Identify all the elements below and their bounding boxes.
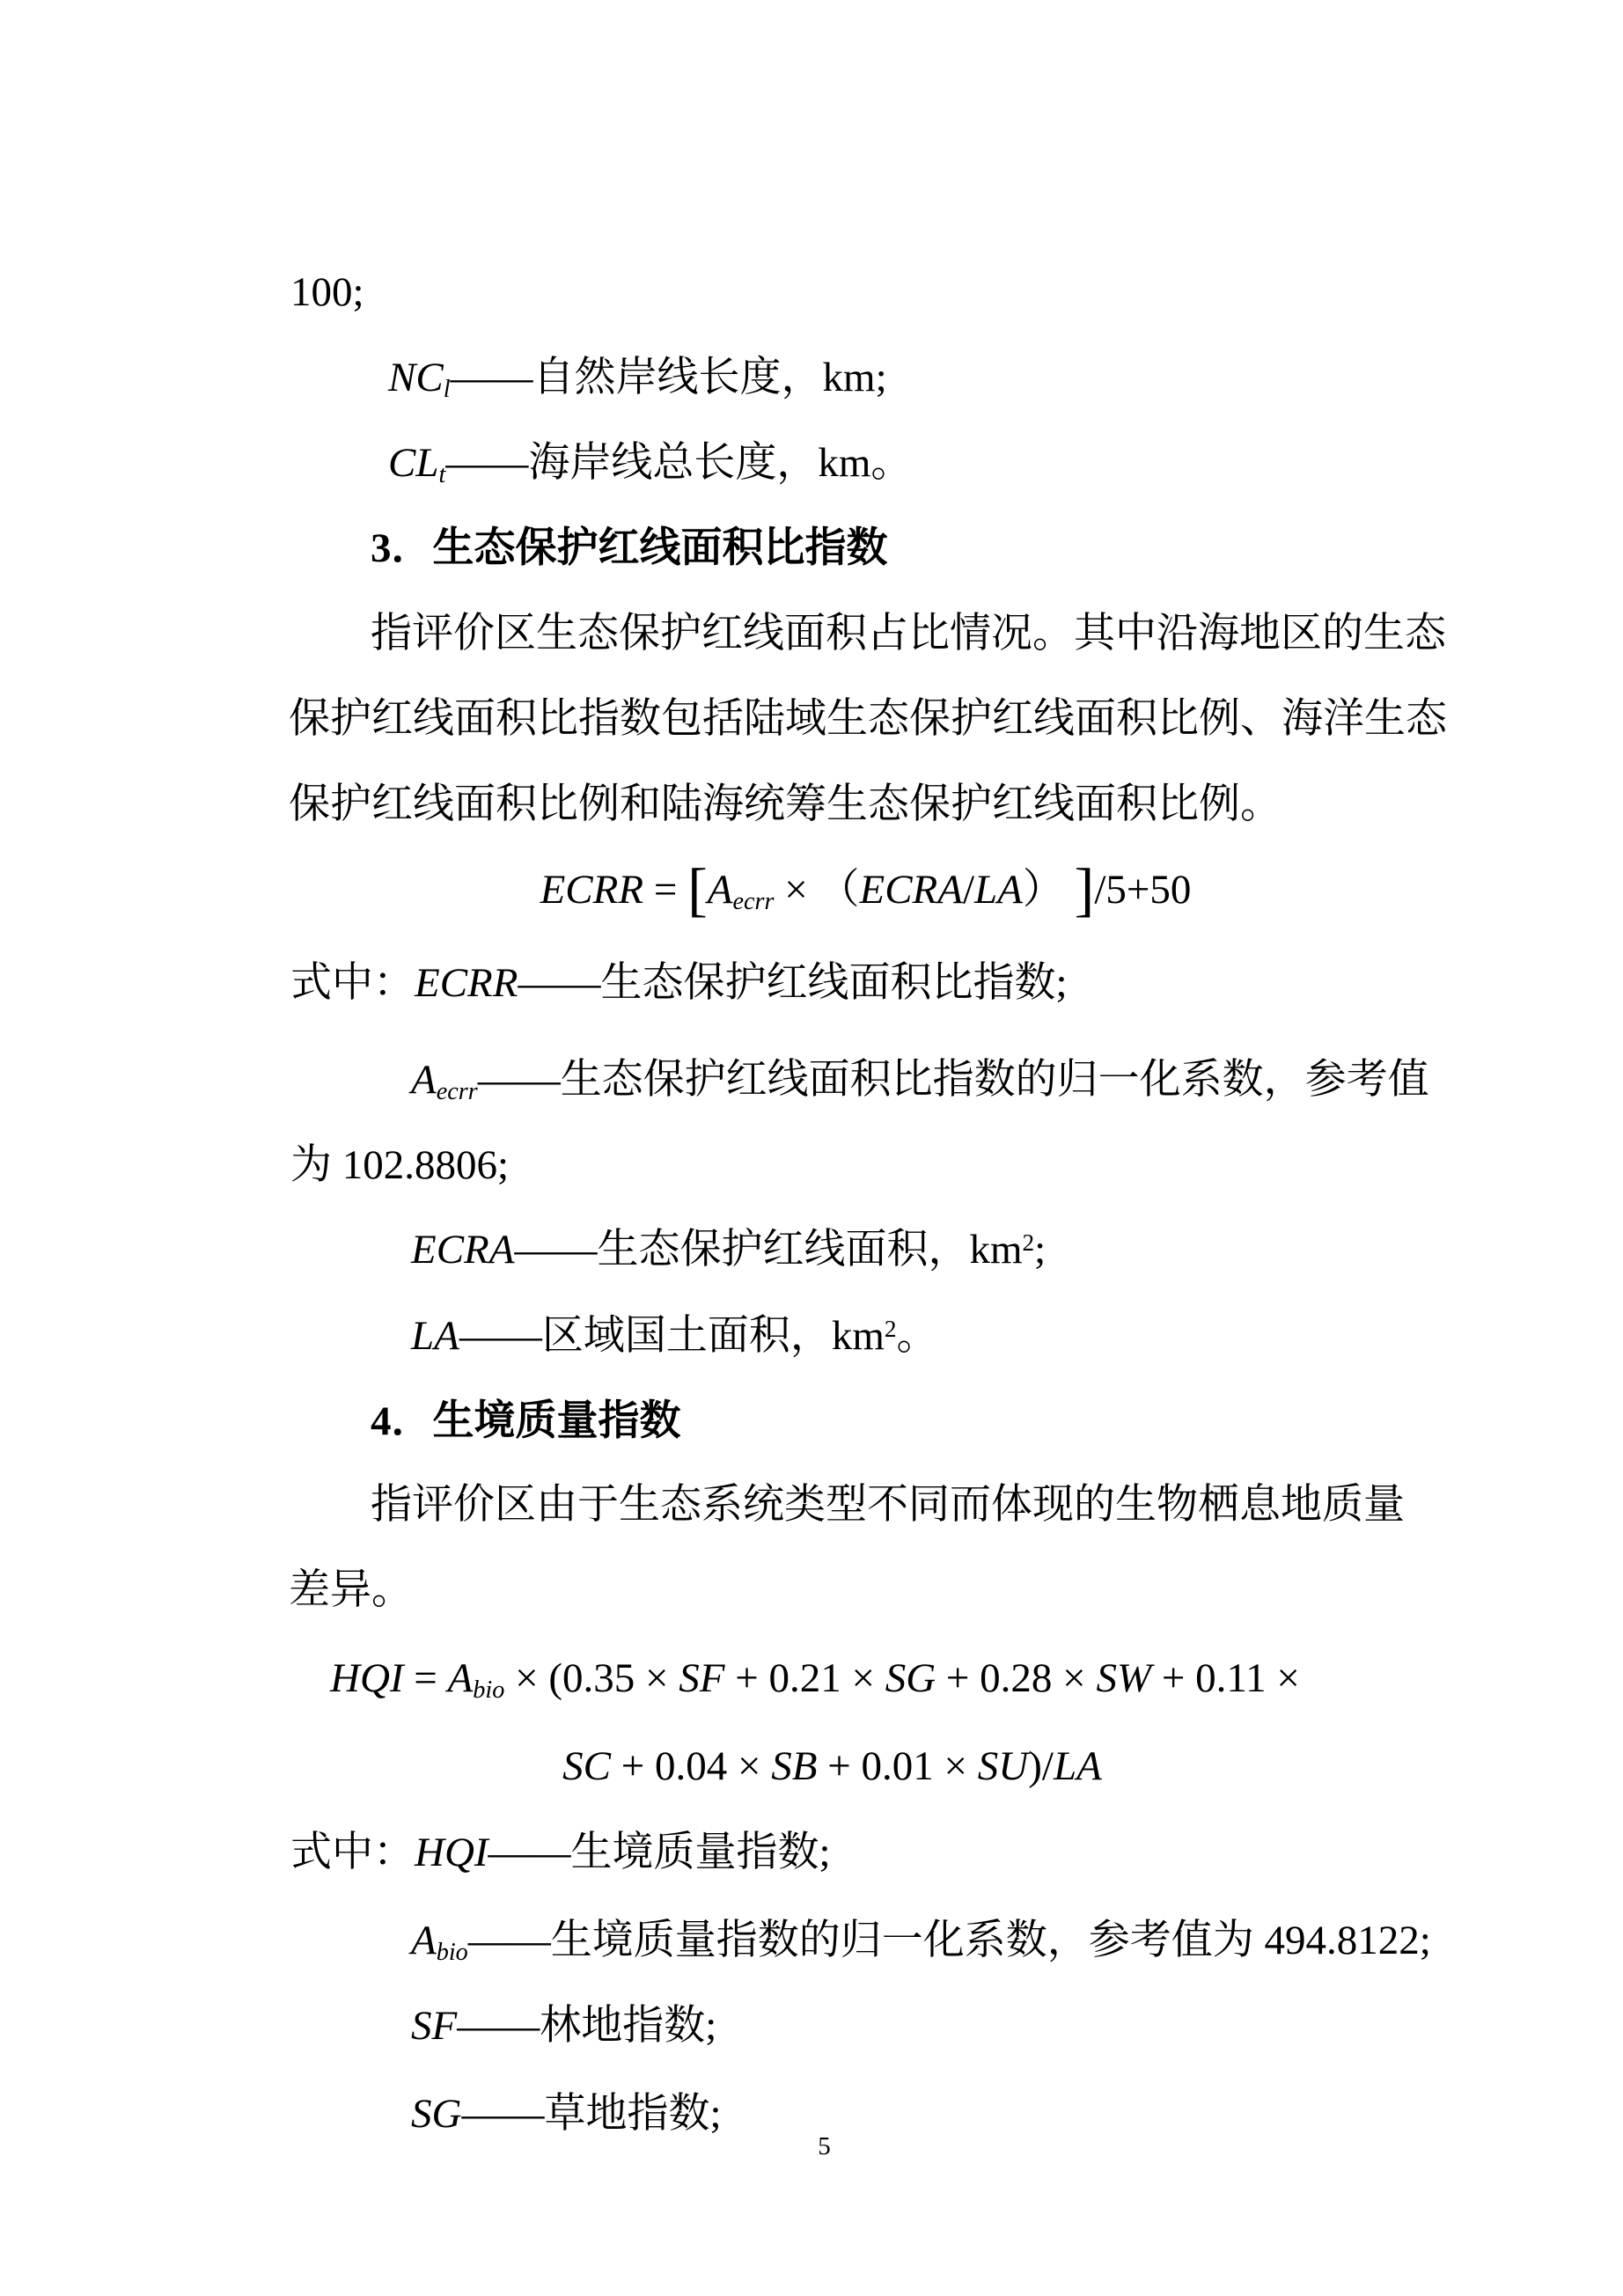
variable-a: A xyxy=(448,1655,474,1701)
cjk-text: ——生境质量指数; xyxy=(488,1830,831,1875)
operator-plus: + 0.21 × xyxy=(724,1655,885,1701)
cjk-text: ——生态保护红线面积比指数; xyxy=(518,960,1067,1006)
cjk-label: 式中： xyxy=(290,1830,415,1875)
paragraph-line: 指评价区由于生态系统类型不同而体现的生物栖息地质量 xyxy=(329,1437,1405,1573)
cjk-text: ——自然岸线长度， xyxy=(451,355,823,400)
operator-divide: / xyxy=(963,867,974,913)
variable-su: SU xyxy=(978,1743,1028,1789)
operator-times: × xyxy=(774,867,818,913)
superscript-2: 2 xyxy=(885,1316,897,1342)
operator-equals: = xyxy=(643,867,687,913)
variable-nc: NC xyxy=(388,355,444,400)
variable-sb: SB xyxy=(771,1743,817,1789)
variable-hqi: HQI xyxy=(330,1655,404,1701)
operator-tail: /5+50 xyxy=(1094,867,1191,913)
variable-a: A xyxy=(411,1057,437,1103)
variable-hqi: HQI xyxy=(415,1830,488,1875)
operator-plus: + 0.11 × xyxy=(1151,1655,1300,1701)
unit-text: km。 xyxy=(818,440,912,486)
variable-ecra: ECRA xyxy=(411,1227,514,1273)
cjk-text: 为 102.8806; xyxy=(290,1142,509,1188)
operator-times: × (0.35 × xyxy=(504,1655,679,1701)
cjk-text: 保护红线面积比指数包括陆域生态保护红线面积比例、海洋生态 xyxy=(289,696,1447,742)
operator-plus: + 0.04 × xyxy=(611,1743,771,1789)
variable-a: A xyxy=(708,867,733,913)
cjk-text: ——生态保护红线面积比指数的归一化系数，参考值 xyxy=(478,1057,1429,1103)
variable-sf: SF xyxy=(679,1655,724,1701)
operator-plus: + 0.01 × xyxy=(818,1743,978,1789)
unit-text: km; xyxy=(823,355,887,400)
cjk-text: ——生境质量指数的归一化系数，参考值为 494.8122; xyxy=(468,1918,1431,1963)
variable-la: LA xyxy=(1054,1743,1102,1789)
cjk-text: 保护红线面积比例和陆海统筹生态保护红线面积比例。 xyxy=(289,781,1282,827)
variable-la: LA xyxy=(411,1313,459,1359)
punctuation: 。 xyxy=(897,1313,938,1359)
right-bracket: ] xyxy=(1075,855,1095,922)
page-number-text: 5 xyxy=(818,2132,831,2160)
unit-text: km xyxy=(832,1313,885,1359)
operator-equals: = xyxy=(404,1655,448,1701)
cjk-text: 指评价区由于生态系统类型不同而体现的生物栖息地质量 xyxy=(371,1482,1405,1528)
variable-ecrr: ECRR xyxy=(540,867,643,913)
variable-sc: SC xyxy=(562,1743,611,1789)
operator-plus: + 0.28 × xyxy=(936,1655,1096,1701)
cjk-text: 差异。 xyxy=(289,1567,413,1613)
subscript-ecrr: ecrr xyxy=(733,887,775,914)
variable-ecrr: ECRR xyxy=(415,960,518,1006)
punctuation: ; xyxy=(1034,1227,1046,1273)
page-number: 5 xyxy=(0,2105,1623,2190)
open-paren: （ xyxy=(818,867,859,913)
close-paren: ） xyxy=(1023,867,1075,913)
variable-sf: SF xyxy=(411,2003,457,2049)
document-page: 100; NCl——自然岸线长度，km; CLt——海岸线总长度，km。 3．生… xyxy=(0,0,1623,2296)
cjk-text: ——林地指数; xyxy=(457,2003,716,2049)
variable-ecra: ECRA xyxy=(859,867,962,913)
cjk-text: 指评价区生态保护红线面积占比情况。其中沿海地区的生态 xyxy=(371,611,1446,657)
cjk-text: ——区域国土面积， xyxy=(459,1313,832,1359)
cjk-label: 式中： xyxy=(290,960,415,1006)
variable-a: A xyxy=(411,1918,437,1963)
close-paren-divide: )/ xyxy=(1028,1743,1054,1789)
variable-cl: CL xyxy=(388,440,439,486)
cjk-text: ——生态保护红线面积， xyxy=(514,1227,969,1273)
variable-sg: SG xyxy=(885,1655,936,1701)
unit-text: km xyxy=(969,1227,1022,1273)
variable-sw: SW xyxy=(1096,1655,1151,1701)
cjk-text: ——海岸线总长度， xyxy=(445,440,818,486)
variable-la: LA xyxy=(974,867,1023,913)
left-bracket: [ xyxy=(687,855,708,922)
heading-text: 3．生态保护红线面积比指数 xyxy=(371,525,888,571)
latin-text: 100; xyxy=(290,269,364,315)
definition-line-aecrr: Aecrr——生态保护红线面积比指数的归一化系数，参考值 xyxy=(370,1012,1429,1150)
superscript-2: 2 xyxy=(1023,1229,1035,1256)
